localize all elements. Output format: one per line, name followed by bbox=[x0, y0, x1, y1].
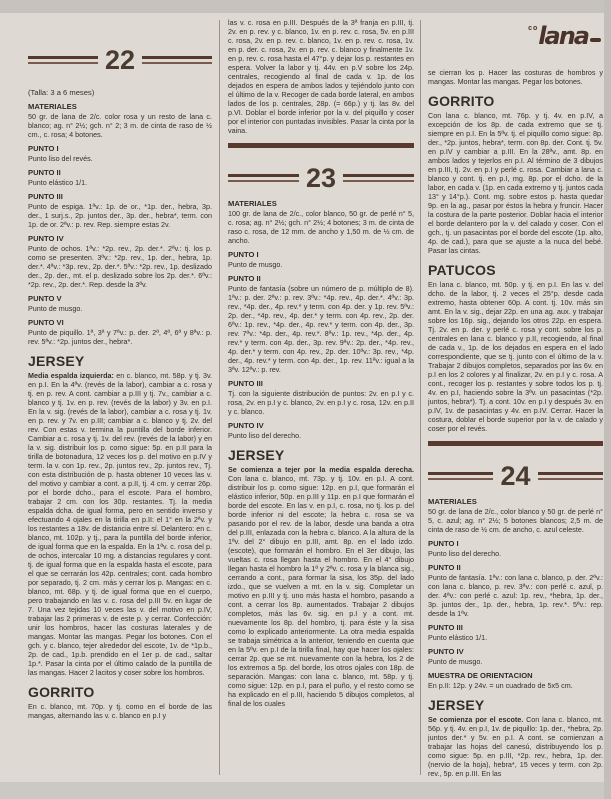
pattern-number-23: 23 bbox=[306, 164, 336, 192]
materiales-heading: MATERIALES bbox=[228, 199, 414, 208]
jersey-lead: Media espalda izquierda: bbox=[28, 371, 114, 380]
jersey-text: Media espalda izquierda: en c. blanco, m… bbox=[28, 371, 212, 677]
jersey-text: Se comienza a tejer por la media espalda… bbox=[228, 465, 414, 708]
punto-text: Punto de musgo. bbox=[428, 657, 603, 666]
section-end-bar bbox=[228, 143, 414, 148]
pattern-number-24: 24 bbox=[500, 462, 530, 490]
continuation-text: las v. c. rosa en p.III. Después de la 3… bbox=[228, 18, 414, 135]
punto-text: Punto liso del derecho. bbox=[228, 431, 414, 440]
punto-text: Tj. con la siguiente distribución de pun… bbox=[228, 389, 414, 416]
muestra-text: En p.II: 12p. y 24v. = un cuadrado de 5x… bbox=[428, 681, 603, 690]
materiales-text: 50 gr. de lana de 2/c., color blanco y 5… bbox=[428, 507, 603, 534]
jersey-lead: Se comienza por el escote. bbox=[428, 715, 523, 724]
punto-text: Punto de fantasía. 1ªv.: con lana c. bla… bbox=[428, 573, 603, 618]
punto-heading: PUNTO II bbox=[428, 563, 603, 572]
punto-heading: PUNTO III bbox=[28, 192, 212, 201]
gorrito-title: GORRITO bbox=[28, 684, 212, 700]
punto-heading: PUNTO VI bbox=[28, 318, 212, 327]
logo-lana-text: lana bbox=[538, 22, 588, 50]
jersey-title: JERSEY bbox=[428, 697, 603, 713]
punto-heading: PUNTO IV bbox=[228, 421, 414, 430]
materiales-heading: MATERIALES bbox=[428, 497, 603, 506]
punto-text: Punto de ochos. 1ªv.: *2p. rev., 2p. der… bbox=[28, 244, 212, 289]
materiales-text: 50 gr. de lana de 2/c. color rosa y un r… bbox=[28, 112, 212, 139]
column-divider-1 bbox=[219, 20, 220, 775]
jersey-title: JERSEY bbox=[28, 353, 212, 369]
punto-text: Punto elástico 1/1. bbox=[28, 178, 212, 187]
scan-edge-right bbox=[604, 0, 611, 799]
punto-text: Punto de piquillo. 1ª, 3ª y 7ªv.: p. der… bbox=[28, 328, 212, 346]
jersey-body: Con lana c. blanco, mt. 73p. y tj. 10v. … bbox=[228, 474, 414, 708]
patucos-text: En lana c. blanco, mt. 50p. y tj. en p.I… bbox=[428, 280, 603, 433]
punto-heading: PUNTO I bbox=[228, 250, 414, 259]
punto-text: Punto de musgo. bbox=[228, 260, 414, 269]
punto-heading: PUNTO I bbox=[428, 539, 603, 548]
materiales-heading: MATERIALES bbox=[28, 102, 212, 111]
pattern-22-header: 22 bbox=[28, 44, 212, 76]
jersey-body: en c. blanco, mt. 58p. y tj. 3v. en p.I.… bbox=[28, 371, 212, 677]
patucos-title: PATUCOS bbox=[428, 262, 603, 278]
scan-edge-top bbox=[0, 0, 611, 13]
punto-heading: PUNTO III bbox=[228, 379, 414, 388]
magazine-page: 22 (Talla: 3 a 6 meses) MATERIALES 50 gr… bbox=[0, 0, 611, 799]
header-rule-left bbox=[428, 472, 493, 480]
punto-heading: PUNTO IV bbox=[428, 647, 603, 656]
continuation-text: se cierran los p. Hacer las costuras de … bbox=[428, 68, 603, 86]
header-rule-left bbox=[228, 174, 299, 182]
column-pattern-22: 22 (Talla: 3 a 6 meses) MATERIALES 50 gr… bbox=[28, 30, 212, 778]
column-divider-2 bbox=[420, 20, 421, 775]
punto-heading: PUNTO IV bbox=[28, 234, 212, 243]
logo-tail bbox=[590, 38, 601, 42]
header-rule-right bbox=[538, 472, 603, 480]
jersey-lead: Se comienza a tejer por la media espalda… bbox=[228, 465, 414, 474]
punto-heading: PUNTO II bbox=[28, 168, 212, 177]
punto-text: Punto liso del revés. bbox=[28, 154, 212, 163]
section-end-bar bbox=[428, 441, 603, 446]
pattern-24-header: 24 bbox=[428, 460, 603, 492]
punto-heading: PUNTO III bbox=[428, 623, 603, 632]
jersey-title: JERSEY bbox=[228, 447, 414, 463]
punto-text: Punto de espiga. 1ªv.: 1p. de or., *1p. … bbox=[28, 202, 212, 229]
punto-text: Punto de fantasía (sobre un número de p.… bbox=[228, 284, 414, 374]
pattern-number-22: 22 bbox=[105, 46, 135, 74]
header-rule-left bbox=[28, 56, 98, 64]
muestra-heading: MUESTRA DE ORIENTACION bbox=[428, 671, 603, 680]
logo-co-text: co bbox=[528, 25, 538, 32]
jersey-body: Con lana c. blanco, mt. 56p. y tj. 4v. e… bbox=[428, 715, 603, 778]
materiales-text: 100 gr. de lana de 2/c., color blanco, 5… bbox=[228, 209, 414, 245]
pattern-23-header: 23 bbox=[228, 162, 414, 194]
punto-text: Punto de musgo. bbox=[28, 304, 212, 313]
column-pattern-24: colana se cierran los p. Hacer las costu… bbox=[428, 16, 603, 780]
gorrito-title: GORRITO bbox=[428, 93, 603, 109]
size-note: (Talla: 3 a 6 meses) bbox=[28, 88, 212, 97]
punto-text: Punto liso del derecho. bbox=[428, 549, 603, 558]
punto-heading: PUNTO II bbox=[228, 274, 414, 283]
punto-heading: PUNTO I bbox=[28, 144, 212, 153]
punto-text: Punto elástico 1/1. bbox=[428, 633, 603, 642]
jersey-text: Se comienza por el escote. Con lana c. b… bbox=[428, 715, 603, 778]
header-rule-right bbox=[343, 174, 414, 182]
scan-edge-bottom bbox=[0, 782, 611, 799]
lana-logo: colana bbox=[428, 22, 601, 58]
punto-heading: PUNTO V bbox=[28, 294, 212, 303]
column-pattern-23: las v. c. rosa en p.III. Después de la 3… bbox=[228, 18, 414, 778]
header-rule-right bbox=[142, 56, 212, 64]
gorrito-text: En c. blanco, mt. 70p. y tj. como en el … bbox=[28, 702, 212, 720]
gorrito-text: Con lana c. blanco, mt. 76p. y tj. 4v. e… bbox=[428, 111, 603, 255]
